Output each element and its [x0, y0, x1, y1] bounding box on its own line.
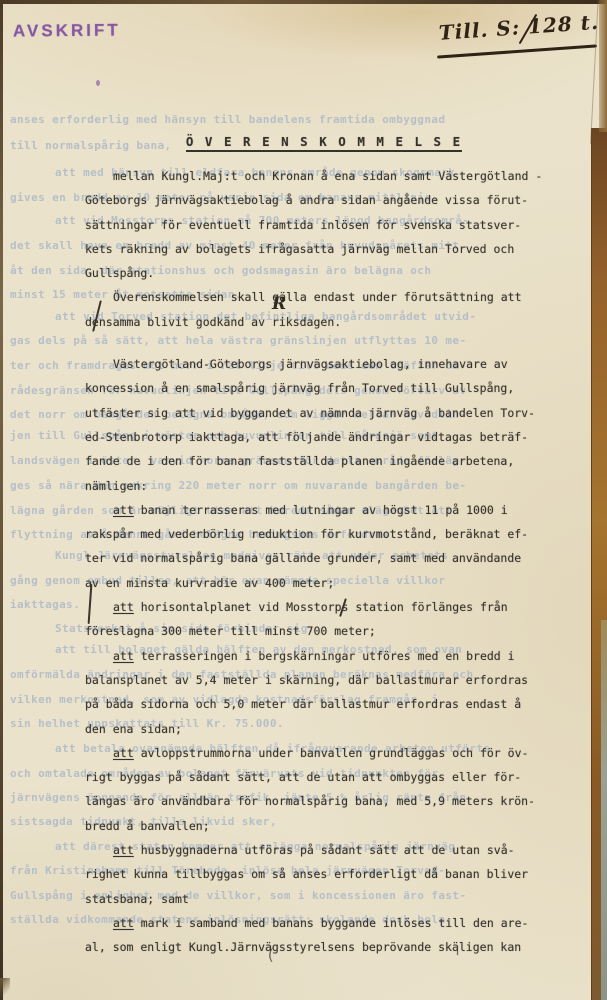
typed-line: koncession å en smalspårig järnväg från …: [85, 376, 563, 400]
document-heading: Ö V E R E N S K O M M E L S E: [85, 134, 563, 149]
typed-line: av en minsta kurvradie av 400 meter;: [85, 571, 563, 595]
typed-line: utfäster sig att vid byggandet av nämnda…: [85, 401, 563, 425]
handwritten-correction-letter: R: [272, 294, 286, 314]
scanned-document-page: { "page": { "paper_color": "#eae2cb", "e…: [0, 0, 607, 1000]
avskrift-stamp: AVSKRIFT: [13, 21, 121, 42]
typed-line: Göteborgs järnvägsaktiebolag å andra sid…: [85, 188, 563, 212]
typed-line: att horisontalplanet vid Mosstorps stati…: [85, 595, 563, 619]
typed-line: rigt byggas på sådant sätt, att de utan …: [85, 765, 563, 789]
typed-line: bredd å banvallen;: [85, 814, 563, 838]
paragraph: mellan Kungl.Maj:t och Kronan å ena sida…: [85, 164, 563, 285]
paragraph: att avloppstrummorna under banvallen gru…: [85, 741, 563, 838]
typed-line: den ena sidan;: [85, 717, 563, 741]
typed-line: rakspår med vederbörlig reduktion för ku…: [85, 522, 563, 546]
typed-line: kets räkning av bolagets ifrågasatta jär…: [85, 237, 563, 261]
paragraph: Överenskommelsen skall gälla endast unde…: [85, 285, 563, 334]
typed-line: att avloppstrummorna under banvallen gru…: [85, 741, 563, 765]
typed-line: fande de i den för banan fastställda pla…: [85, 449, 563, 473]
typed-line: på båda sidorna och 5,0 meter där ballas…: [85, 692, 563, 716]
typed-line: att mark i samband med banans byggande i…: [85, 911, 563, 935]
paragraph: att banan terrasseras med lutningar av h…: [85, 498, 563, 595]
typed-line: Överenskommelsen skall gälla endast unde…: [85, 285, 563, 309]
typed-line: ter vid normalspårig bana gällande grund…: [85, 546, 563, 570]
bleedthrough-line: anses erforderlig med hänsyn till bandel…: [10, 113, 445, 126]
paragraph: att terrasseringen i bergskärningar utfö…: [85, 644, 563, 741]
typed-text-block: Ö V E R E N S K O M M E L S E mellan Kun…: [85, 134, 563, 960]
bleedthrough-line: iakttagas.: [10, 598, 80, 611]
typed-line: Västergötland-Göteborgs järnvägsaktiebol…: [85, 352, 563, 376]
paragraph: att husbyggnaderna utföras på sådant sät…: [85, 838, 563, 911]
typed-line: ed-Stenbrotorp iakttaga, att följande än…: [85, 425, 563, 449]
paragraph: att mark i samband med banans byggande i…: [85, 911, 563, 960]
typed-line: mellan Kungl.Maj:t och Kronan å ena sida…: [85, 164, 563, 188]
paragraph: att horisontalplanet vid Mosstorps stati…: [85, 595, 563, 644]
stray-pencil-mark: (: [266, 946, 275, 964]
typed-line: att terrasseringen i bergskärningar utfö…: [85, 644, 563, 668]
typed-line: righet kunna tillbyggas om så anses erfo…: [85, 862, 563, 886]
stamp-ink-dot: [96, 80, 100, 86]
typed-line: nämligen:: [85, 474, 563, 498]
typed-line: al, som enligt Kungl.Järnvägsstyrelsens …: [85, 935, 563, 959]
typed-line: föreslagna 300 meter till minst 700 mete…: [85, 619, 563, 643]
typed-line: statsbana; samt: [85, 887, 563, 911]
typed-line: att husbyggnaderna utföras på sådant sät…: [85, 838, 563, 862]
typed-line: densamma blivit godkänd av riksdagen.: [85, 310, 563, 334]
paragraph: Västergötland-Göteborgs järnvägsaktiebol…: [85, 352, 563, 498]
typed-line: längas äro användbara för normalspårig b…: [85, 789, 563, 813]
typed-line: sättningar för eventuell framtida inlöse…: [85, 213, 563, 237]
typed-line: att banan terrasseras med lutningar av h…: [85, 498, 563, 522]
typed-line: balansplanet av 5,4 meter i skärning, dä…: [85, 668, 563, 692]
stray-pencil-tick: ': [453, 948, 462, 966]
typed-line: Gullspång.: [85, 261, 563, 285]
